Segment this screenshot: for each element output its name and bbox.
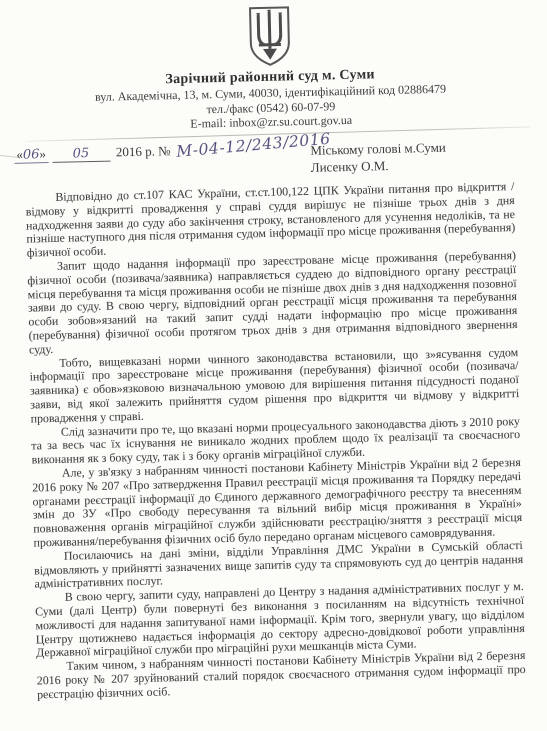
body-paragraph: Таким чином, з набранням чинності постан… [36,649,526,702]
letter-body: Відповідно до ст.107 КАС України, ст.ст.… [25,180,526,702]
date-month-blank: 05 [52,145,110,163]
handwritten-month: 05 [72,146,89,161]
recipient-block: Міському голові м.Суми Лисенку О.М. [310,139,446,176]
letterhead: Зарічний районний суд м. Суми вул. Акаде… [0,0,545,136]
year-and-number-label: 2016 р. № [116,143,171,159]
body-paragraph: Запит щодо надання інформації про зареєс… [27,249,518,357]
body-paragraph: Тобто, вищевказані норми чинного законод… [29,346,519,426]
body-paragraph: Відповідно до ст.107 КАС України, ст.ст.… [25,180,515,260]
date-day-group: «06» [14,146,48,164]
reference-date-line: «06»052016 р. №М-04-12/243/2016 [14,137,331,163]
letter-sheet: Зарічний районний суд м. Суми вул. Акаде… [0,0,547,731]
body-paragraph: Але, у зв'язку з набранням чинності пост… [32,456,523,550]
ukraine-trident-emblem-icon [241,5,296,68]
scanned-letter-page: Зарічний районний суд м. Суми вул. Акаде… [0,0,547,731]
close-quote: » [39,146,46,161]
handwritten-day: 06 [23,147,40,162]
body-paragraph: В свою чергу, запити суду, направлені до… [35,580,525,660]
recipient-title: Міському голові м.Суми [310,139,446,159]
recipient-name: Лисенку О.М. [311,156,447,176]
